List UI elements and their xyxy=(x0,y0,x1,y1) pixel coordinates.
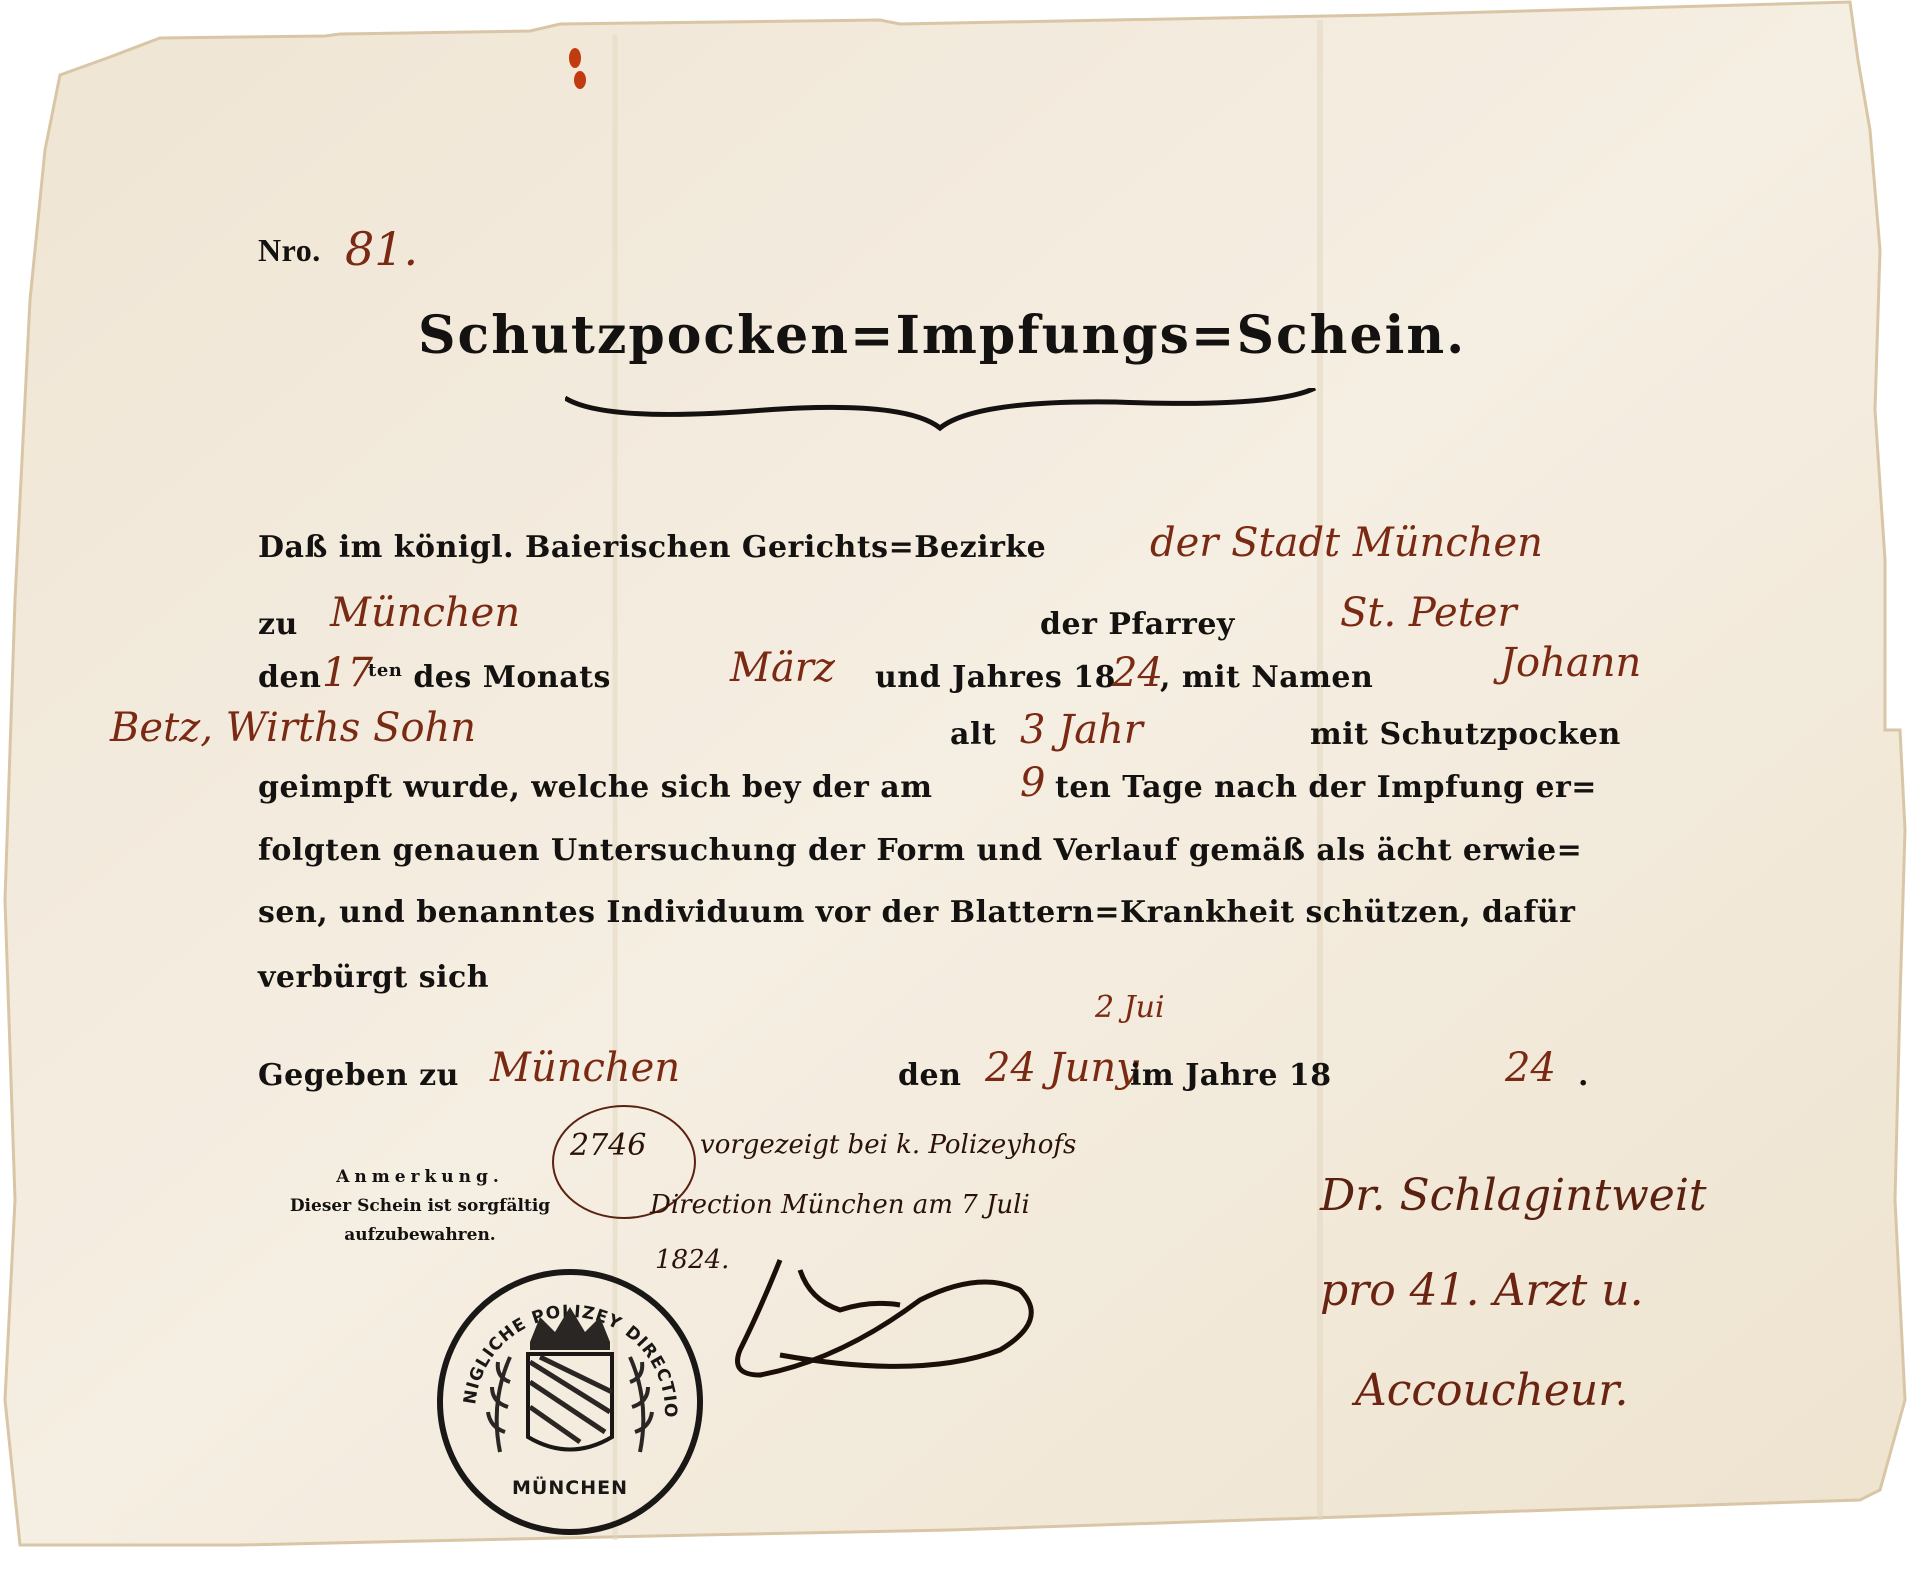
handwritten-first-name: Johann xyxy=(1500,640,1641,686)
handwritten-day: 17 xyxy=(322,650,373,696)
handwritten-district: der Stadt München xyxy=(1150,520,1543,566)
body-line-2b: der Pfarrey xyxy=(1040,607,1235,642)
handwritten-date-correction: 2 Jui xyxy=(1095,990,1165,1025)
note-line-1: Dieser Schein ist sorgfältig xyxy=(250,1192,590,1221)
signature-line-2: pro 41. Arzt u. xyxy=(1320,1265,1644,1316)
body-line-5a: geimpft wurde, welche sich bey der am xyxy=(258,770,932,805)
body-line-3b: des Monats xyxy=(413,660,611,695)
day-suffix: ten xyxy=(368,660,402,681)
note-block: Anmerkung. Dieser Schein ist sorgfältig … xyxy=(250,1163,590,1250)
body-line-7: sen, und benanntes Individuum vor der Bl… xyxy=(258,895,1575,930)
body-line-3a: den xyxy=(258,660,321,695)
police-seal-stamp: KÖNIGLICHE POLIZEY DIRECTION MÜNCHEN xyxy=(430,1262,710,1542)
handwritten-given-date: 24 Juny xyxy=(985,1045,1139,1091)
handwritten-age: 3 Jahr xyxy=(1020,707,1143,753)
certificate-paper: Nro. 81. Schutzpocken=Impfungs=Schein. D… xyxy=(0,0,1920,1569)
document-title: Schutzpocken=Impfungs=Schein. xyxy=(418,305,1466,366)
signature-line-3: Accoucheur. xyxy=(1355,1365,1628,1416)
body-line-4b: mit Schutzpocken xyxy=(1310,717,1621,752)
given-at-label: Gegeben zu xyxy=(258,1058,459,1093)
handwritten-town: München xyxy=(330,590,520,636)
handwritten-exam-day: 9 xyxy=(1020,760,1045,806)
given-year-period: . xyxy=(1578,1058,1589,1093)
registration-line-2: Direction München am 7 Juli xyxy=(650,1190,1030,1220)
body-line-6: folgten genauen Untersuchung der Form un… xyxy=(258,833,1582,868)
title-flourish-icon xyxy=(565,388,1320,433)
body-line-1: Daß im königl. Baierischen Gerichts=Bezi… xyxy=(258,530,1046,565)
seal-bottom-text: MÜNCHEN xyxy=(512,1475,628,1499)
registration-line-3: 1824. xyxy=(655,1245,729,1275)
body-line-4a: alt xyxy=(950,717,996,752)
body-line-8: verbürgt sich xyxy=(258,960,489,995)
handwritten-given-place: München xyxy=(490,1045,680,1091)
note-line-2: aufzubewahren. xyxy=(250,1221,590,1250)
handwritten-parish: St. Peter xyxy=(1340,590,1517,636)
handwritten-month: März xyxy=(730,645,835,691)
number-value: 81. xyxy=(345,222,418,276)
body-line-3d: , mit Namen xyxy=(1160,660,1373,695)
given-date-label: den xyxy=(898,1058,961,1093)
body-line-5b: ten Tage nach der Impfung er= xyxy=(1055,770,1597,805)
handwritten-year: 24 xyxy=(1112,650,1163,696)
registration-line-1: vorgezeigt bei k. Polizeyhofs xyxy=(700,1130,1076,1160)
note-heading: Anmerkung. xyxy=(250,1163,590,1192)
official-signature-flourish-icon xyxy=(720,1240,1040,1390)
handwritten-given-year: 24 xyxy=(1505,1045,1556,1091)
body-line-2a: zu xyxy=(258,607,298,642)
given-year-label: im Jahre 18 xyxy=(1130,1058,1332,1093)
body-line-3c: und Jahres 18 xyxy=(875,660,1116,695)
number-label: Nro. xyxy=(258,232,321,269)
registration-number: 2746 xyxy=(570,1128,646,1163)
handwritten-surname: Betz, Wirths Sohn xyxy=(110,705,476,751)
signature-line-1: Dr. Schlagintweit xyxy=(1320,1170,1707,1221)
